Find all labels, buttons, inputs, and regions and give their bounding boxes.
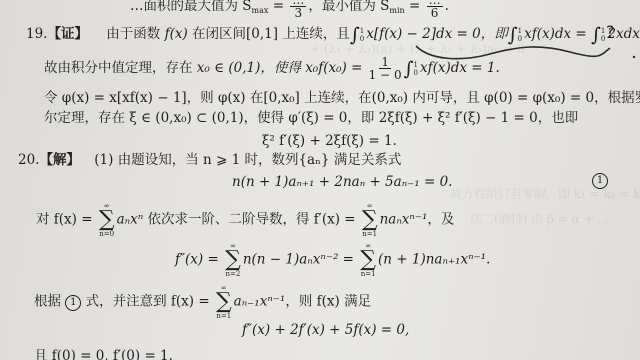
- sum-sign: ∞∑n=2: [225, 242, 241, 278]
- q20-line3: f″(x) = ∞∑n=2n(n − 1)aₙxⁿ⁻² = ∞∑n=1(n + …: [175, 242, 490, 278]
- top-partial-line: …面积的最大值为 Smax = …3，最小值为 Smin = …6.: [130, 0, 449, 19]
- handwritten-question-mark: ?: [606, 24, 615, 40]
- sum-sign: ∞∑n=0: [99, 202, 115, 238]
- q19-line5: ξ² f′(ξ) + 2ξf(ξ) = 1.: [262, 133, 397, 149]
- q20-equation-2: f″(x) + 2f′(x) + 5f(x) = 0,: [242, 322, 409, 338]
- sum-sign: ∞∑n=1: [360, 242, 376, 278]
- question-tag: 【解】: [39, 152, 80, 168]
- question-number: 19.: [26, 26, 47, 42]
- sum-sign: ∞∑n=1: [362, 202, 378, 238]
- question-tag: 【证】: [47, 26, 88, 42]
- integral-sign: ∫: [350, 24, 360, 46]
- q20-line5: 且 f(0) = 0, f′(0) = 1.: [34, 348, 173, 360]
- q20-line1: 20.【解】 (1) 由题设知，当 n ⩾ 1 时，数列{aₙ} 满足关系式: [18, 152, 401, 168]
- q20-equation-1: n(n + 1)aₙ₊₁ + 2naₙ + 5aₙ₋₁ = 0.: [232, 174, 452, 190]
- bleed-through-text: 故方程组只有零解，即 k₁ = k₂ = k₃ = 0: [450, 185, 640, 202]
- q19-line4: 尔定理，存在 ξ ∈ (0,x₀) ⊂ (0,1)，使得 φ′(ξ) = 0，即…: [44, 110, 578, 126]
- q20-line4: 根据 1 式，并注意到 f(x) = ∞∑n=1aₙ₋₁xⁿ⁻¹，则 f(x) …: [34, 284, 371, 320]
- q19-line2: 故由积分中值定理，存在 x₀ ∈ (0,1)，使得 x₀f(x₀) = 11 −…: [44, 56, 500, 81]
- document-page: + (λ₁ + λ₂)(a) + (λ + λ₁ + λ₂)aₙ = 0 法二(…: [0, 0, 640, 360]
- bleed-through-text: 法二(消特) 由 β = α + …: [470, 210, 609, 227]
- q19-line3: 令 φ(x) = x[xf(x) − 1]，则 φ(x) 在[0,x₀] 上连续…: [44, 90, 640, 106]
- equation-label-1: 1: [592, 172, 608, 189]
- q20-line2: 对 f(x) = ∞∑n=0aₙxⁿ 依次求一阶、二阶导数，得 f′(x) = …: [36, 202, 454, 238]
- equation-ref: 1: [65, 295, 81, 311]
- sum-sign: ∞∑n=1: [216, 284, 232, 320]
- question-number: 20.: [18, 152, 39, 168]
